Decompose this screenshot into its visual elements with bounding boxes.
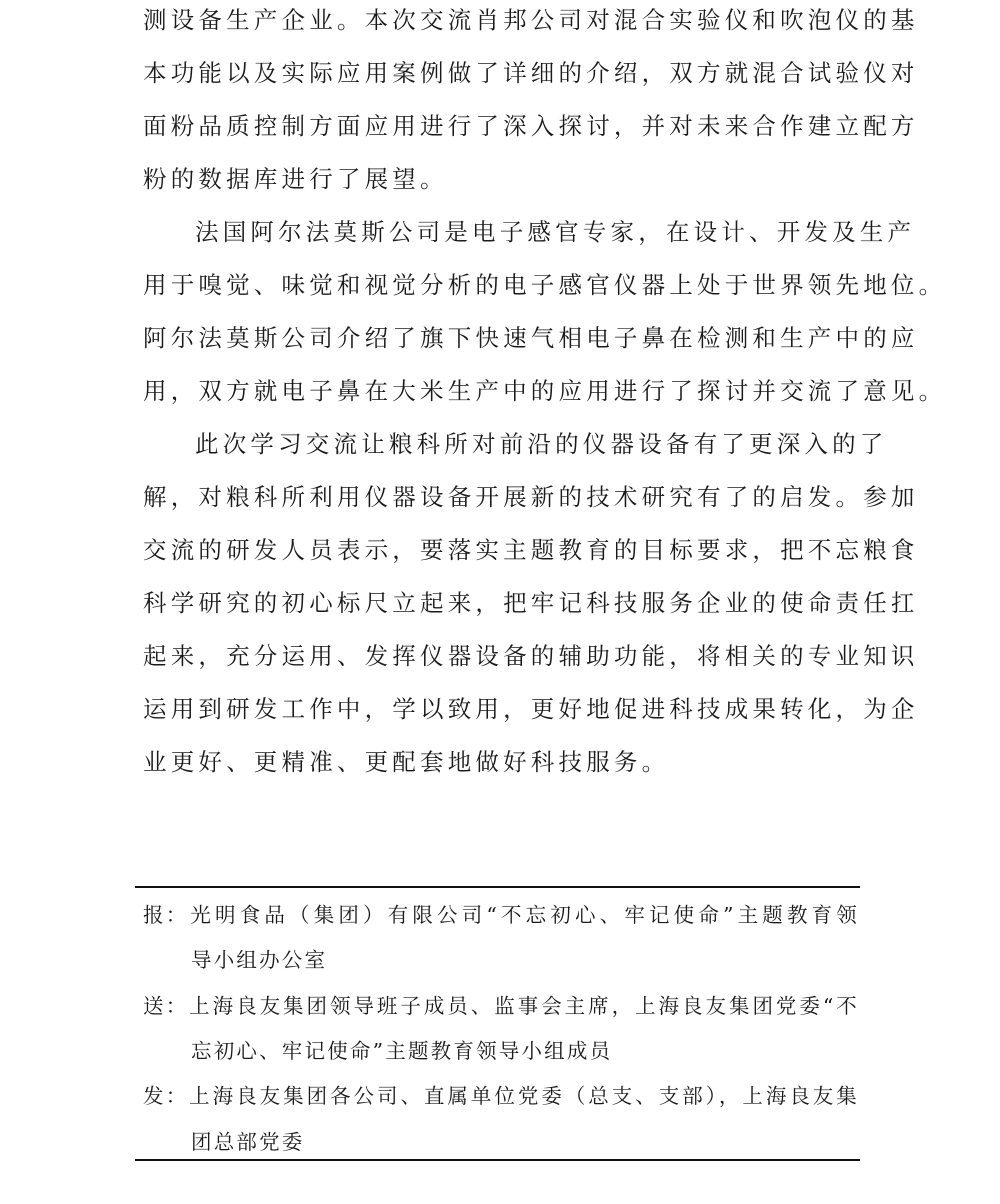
document-page: 测设备生产企业。本次交流肖邦公司对混合实验仪和吹泡仪的基 本功能以及实际应用案例…: [0, 0, 1000, 1204]
paragraph-1-line-4: 粉的数据库进行了展望。: [143, 159, 859, 199]
send-to-line-2: 忘初心、牢记使命”主题教育领导小组成员: [191, 1033, 612, 1069]
paragraph-3-line-2: 解，对粮科所利用仪器设备开展新的技术研究有了的启发。参加: [143, 477, 859, 517]
paragraph-2-line-1: 法国阿尔法莫斯公司是电子感官专家，在设计、开发及生产: [195, 212, 859, 252]
report-to-label: 报：: [143, 897, 188, 933]
send-to-label: 送：: [143, 988, 188, 1024]
paragraph-3-line-7: 业更好、更精准、更配套地做好科技服务。: [143, 742, 859, 782]
issue-to-text-1: 上海良友集团各公司、直属单位党委（总支、支部），上海良友集: [188, 1084, 859, 1108]
paragraph-3-line-3: 交流的研发人员表示，要落实主题教育的目标要求，把不忘粮食: [143, 530, 859, 570]
footer-top-rule: [135, 886, 860, 888]
send-to-line-1: 送：上海良友集团领导班子成员、监事会主席，上海良友集团党委“不: [143, 988, 859, 1024]
issue-to-line-2: 团总部党委: [191, 1124, 305, 1160]
paragraph-1-line-1: 测设备生产企业。本次交流肖邦公司对混合实验仪和吹泡仪的基: [143, 0, 859, 40]
paragraph-2-line-4: 用，双方就电子鼻在大米生产中的应用进行了探讨并交流了意见。: [143, 371, 859, 411]
report-to-line-2: 导小组办公室: [191, 942, 327, 978]
paragraph-3-line-6: 运用到研发工作中，学以致用，更好地促进科技成果转化，为企: [143, 689, 859, 729]
paragraph-3-line-5: 起来，充分运用、发挥仪器设备的辅助功能，将相关的专业知识: [143, 636, 859, 676]
footer-bottom-rule: [135, 1159, 860, 1161]
paragraph-3-line-4: 科学研究的初心标尺立起来，把牢记科技服务企业的使命责任扛: [143, 583, 859, 623]
send-to-text-1: 上海良友集团领导班子成员、监事会主席，上海良友集团党委“不: [188, 994, 859, 1018]
paragraph-2-line-3: 阿尔法莫斯公司介绍了旗下快速气相电子鼻在检测和生产中的应: [143, 318, 859, 358]
issue-to-label: 发：: [143, 1078, 188, 1114]
paragraph-1-line-2: 本功能以及实际应用案例做了详细的介绍，双方就混合试验仪对: [143, 53, 859, 93]
report-to-text-1: 光明食品（集团）有限公司“不忘初心、牢记使命”主题教育领: [188, 903, 859, 927]
paragraph-2-line-2: 用于嗅觉、味觉和视觉分析的电子感官仪器上处于世界领先地位。: [143, 265, 859, 305]
issue-to-line-1: 发：上海良友集团各公司、直属单位党委（总支、支部），上海良友集: [143, 1078, 859, 1114]
paragraph-1-line-3: 面粉品质控制方面应用进行了深入探讨，并对未来合作建立配方: [143, 106, 859, 146]
paragraph-3-line-1: 此次学习交流让粮科所对前沿的仪器设备有了更深入的了: [195, 424, 859, 464]
report-to-line-1: 报：光明食品（集团）有限公司“不忘初心、牢记使命”主题教育领: [143, 897, 859, 933]
